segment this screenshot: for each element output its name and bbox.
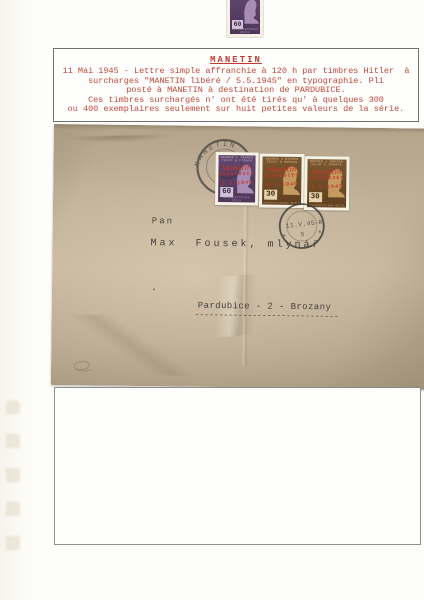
address-typed-underline: ------------------------------ — [195, 311, 339, 322]
denomination-value: 30 — [266, 191, 275, 199]
postmark-district: 5 — [300, 231, 305, 238]
caption-frame: MANETIN 11 Mai 1945 - Lettre simple affr… — [53, 48, 419, 122]
description-line-5: ou 400 exemplaires seulement sur huit pe… — [54, 105, 418, 115]
stamp-field: BÖHMEN u.MÄHREN ČECHY A MORAVA Manětín o… — [218, 155, 256, 202]
stamp-field: BÖHMEN u.MÄHREN ČECHY A MORAVA Manětín o… — [262, 157, 302, 205]
stamp-country-band: BÖHMEN u.MÄHREN ČECHY A MORAVA — [307, 159, 346, 167]
empty-mount-box — [54, 387, 421, 545]
denomination-value: 60 — [234, 21, 242, 28]
postmark-hour: -8 — [314, 219, 323, 227]
loose-stamp-top: 60 GROSSDEUTSCHES REICH — [227, 0, 263, 37]
stamp-country-band: BÖHMEN u.MÄHREN ČECHY A MORAVA — [263, 157, 302, 165]
denomination-box: 30 — [264, 190, 277, 200]
stamp-overprint: Manětín osvobozen 5.V.1945 — [262, 166, 302, 191]
denomination-value: 60 — [222, 188, 231, 196]
hitler-portrait-icon — [242, 0, 259, 24]
postmark-star-left: ✻ — [283, 234, 287, 239]
scan-smudge — [6, 400, 20, 560]
ink-dot — [153, 288, 155, 290]
loose-stamp-field: 60 GROSSDEUTSCHES REICH — [230, 0, 260, 34]
postmark-manetin-date: 11.V.45 -8 5 ✻ ✻ — [272, 196, 332, 256]
envelope-fold-shadow — [58, 134, 180, 146]
pencil-annotation — [71, 357, 95, 373]
stamp-overprint: Manětín osvobozen 5.V.1945 — [307, 168, 347, 193]
envelope: MANĚTÍN BÖHMEN u.MÄHREN ČECHY A MORAVA M… — [51, 124, 424, 390]
page-title: MANETIN — [210, 55, 262, 65]
stamp-bottom-text: GROSSDEUTSCHES REICH — [230, 28, 260, 34]
stamp-bottom-text: GROSSDEUTSCHES REICH — [218, 196, 255, 202]
address-salutation: Pan — [152, 216, 174, 226]
postmark-date: 11.V.45 — [285, 220, 315, 230]
postmark-star-right: ✻ — [318, 230, 322, 235]
stamp-60h-violet: BÖHMEN u.MÄHREN ČECHY A MORAVA Manětín o… — [215, 152, 259, 206]
